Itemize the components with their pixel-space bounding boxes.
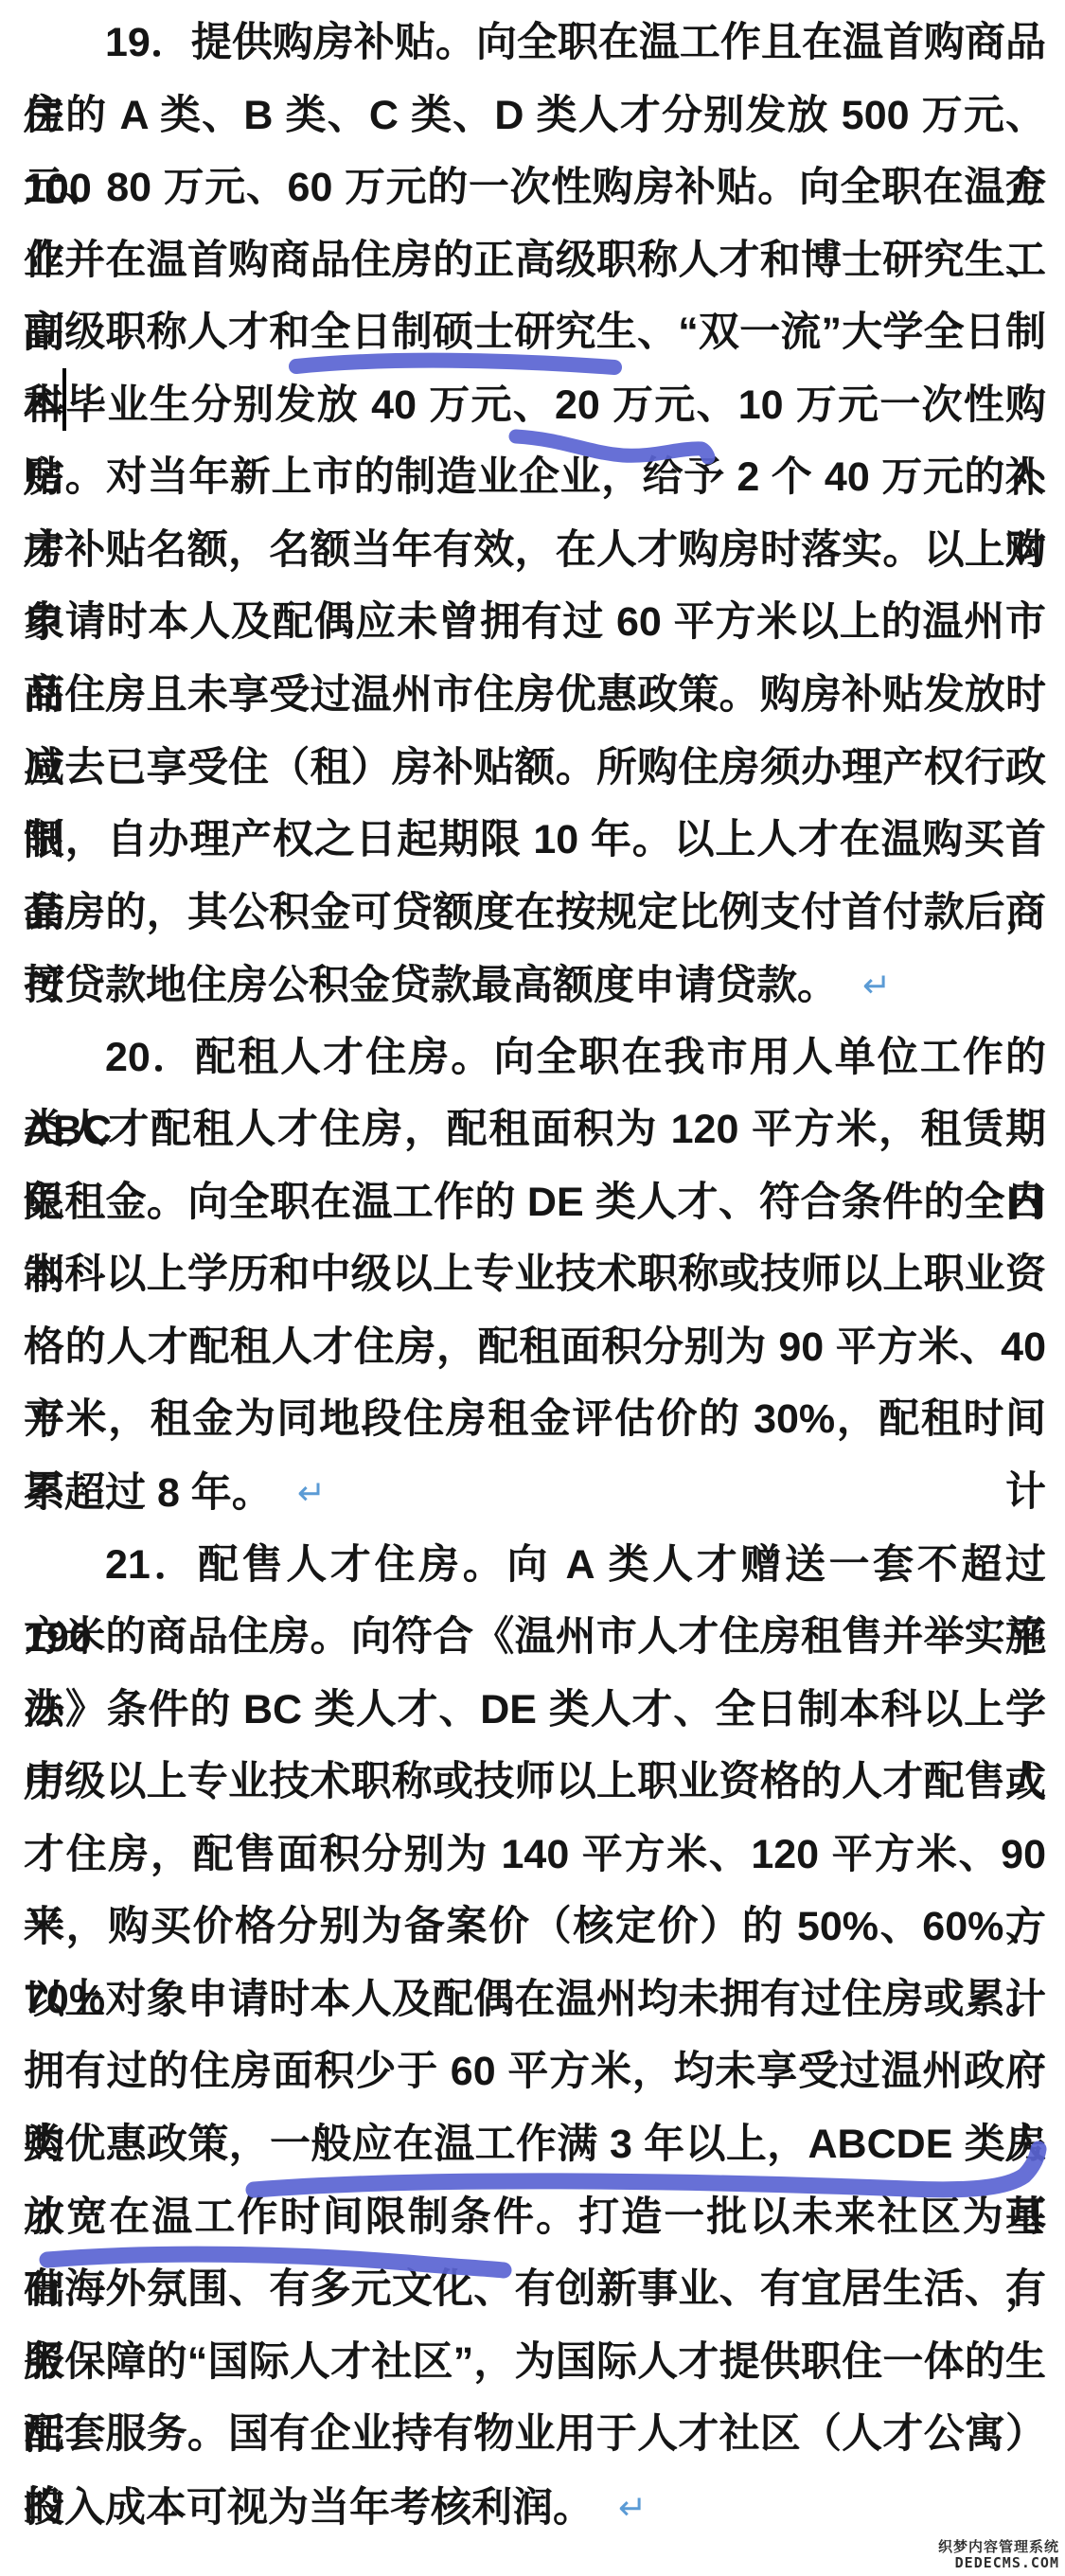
paragraph-21-line-4: 中级以上专业技术职称或技师以上职业资格的人才配售人 (24, 1746, 1046, 1819)
paragraph-19-line-8: 房补贴名额，名额当年有效，在人才购房时落实。以上对象 (24, 514, 1046, 587)
text-cursor (62, 368, 66, 431)
paragraph-21-line-11: 有海外氛围、有多元文化、有创新事业、有宜居生活、有服 (24, 2253, 1046, 2326)
paragraph-19-line-1: 19．提供购房补贴。向全职在温工作且在温首购商品住 (24, 7, 1046, 80)
paragraph-20-line-3: 免租金。向全职在温工作的 DE 类人才、符合条件的全日制 (24, 1166, 1046, 1239)
return-mark-icon: ↵ (618, 2488, 647, 2527)
paragraph-21-line-2: 方米的商品住房。向符合《温州市人才住房租售并举实施办 (24, 1601, 1046, 1674)
document-line-text: 不超过 8 年。 (24, 1470, 273, 1516)
paragraph-19-line-14: 按贷款地住房公积金贷款最高额度申请贷款。↵ (24, 949, 1046, 1022)
paragraph-21-line-6: 米，购买价格分别为备案价（核定价）的 50%、60%、70%。 (24, 1891, 1046, 1963)
paragraph-21-line-7: 以上对象申请时本人及配偶在温州均未拥有过住房或累计 (24, 1963, 1046, 2036)
document-line-text: 中级以上专业技术职称或技师以上职业资格的人才配售人 (24, 1759, 1046, 1804)
paragraph-19-line-7: 贴。对当年新上市的制造业企业，给予 2 个 40 万元的人才购 (24, 441, 1046, 514)
paragraph-21-line-3: 法》条件的 BC 类人才、DE 类人才、全日制本科以上学历或 (24, 1674, 1046, 1747)
paragraph-19-line-11: 减去已享受住（租）房补贴额。所购住房须办理产权行政限 (24, 732, 1046, 805)
paragraph-21-line-12: 务保障的“国际人才社区”，为国际人才提供职住一体的生活 (24, 2326, 1046, 2399)
paragraph-21-line-10: 放宽在温工作时间限制条件。打造一批以未来社区为基础， (24, 2181, 1046, 2254)
paragraph-21-line-5: 才住房，配售面积分别为 140 平方米、120 平方米、90 平方 (24, 1819, 1046, 1892)
paragraph-20-line-2: 类人才配租人才住房，配租面积为 120 平方米，租赁期限内 (24, 1093, 1046, 1166)
watermark-line1: 织梦内容管理系统 (938, 2539, 1059, 2555)
watermark-line2: DEDECMS.COM (938, 2555, 1059, 2571)
return-mark-icon: ↵ (297, 1473, 326, 1512)
paragraph-19-line-9: 申请时本人及配偶应未曾拥有过 60 平方米以上的温州市商 (24, 586, 1046, 659)
paragraph-19-line-12: 制，自办理产权之日起期限 10 年。以上人才在温购买首套商 (24, 804, 1046, 877)
paragraph-20-line-7: 不超过 8 年。↵ (24, 1456, 1046, 1529)
document-line-text: 以上对象申请时本人及配偶在温州均未拥有过住房或累计 (24, 1977, 1046, 2022)
paragraph-21-line-9: 类优惠政策，一般应在温工作满 3 年以上，ABCDE 类人才可 (24, 2108, 1046, 2181)
document-line-text: 投入成本可视为当年考核利润。 (24, 2485, 594, 2531)
paragraph-20-line-4: 本科以上学历和中级以上专业技术职称或技师以上职业资 (24, 1238, 1046, 1311)
paragraph-19-line-6: 科毕业生分别发放 40 万元、20 万元、10 万元一次性购房补 (24, 369, 1046, 442)
paragraph-21-line-13: 配套服务。国有企业持有物业用于人才社区（人才公寓）的 (24, 2398, 1046, 2471)
paragraph-20-line-6: 方米，租金为同地段住房租金评估价的 30%，配租时间累计 (24, 1383, 1046, 1456)
paragraph-19-line-10: 品住房且未享受过温州市住房优惠政策。购房补贴发放时应 (24, 659, 1046, 732)
document-page: 19．提供购房补贴。向全职在温工作且在温首购商品住房的 A 类、B 类、C 类、… (0, 0, 1065, 2576)
document-line-text: 按贷款地住房公积金贷款最高额度申请贷款。 (24, 963, 838, 1008)
paragraph-20-line-1: 20．配租人才住房。向全职在我市用人单位工作的 ABC (24, 1022, 1046, 1094)
paragraph-21-line-8: 拥有过的住房面积少于 60 平方米，均未享受过温州政府购房 (24, 2035, 1046, 2108)
paragraph-19-line-2: 房的 A 类、B 类、C 类、D 类人才分别发放 500 万元、100 万 (24, 80, 1046, 152)
paragraph-19-line-13: 品房的，其公积金可贷额度在按规定比例支付首付款后，可 (24, 877, 1046, 950)
watermark: 织梦内容管理系统 DEDECMS.COM (938, 2539, 1059, 2571)
paragraph-20-line-5: 格的人才配租人才住房，配租面积分别为 90 平方米、40 平 (24, 1311, 1046, 1384)
document-line-text: 本科以上学历和中级以上专业技术职称或技师以上职业资 (24, 1252, 1046, 1297)
paragraph-21-line-1: 21．配售人才住房。向 A 类人才赠送一套不超过 190 平 (24, 1529, 1046, 1602)
paragraph-21-line-14: 投入成本可视为当年考核利润。↵ (24, 2471, 1046, 2544)
paragraph-19-line-4: 作并在温首购商品住房的正高级职称人才和博士研究生、副 (24, 224, 1046, 297)
return-mark-icon: ↵ (862, 966, 891, 1004)
paragraph-19-line-5: 高级职称人才和全日制硕士研究生、“双一流”大学全日制本 (24, 296, 1046, 369)
paragraph-19-line-3: 元、80 万元、60 万元的一次性购房补贴。向全职在温企业工 (24, 151, 1046, 224)
